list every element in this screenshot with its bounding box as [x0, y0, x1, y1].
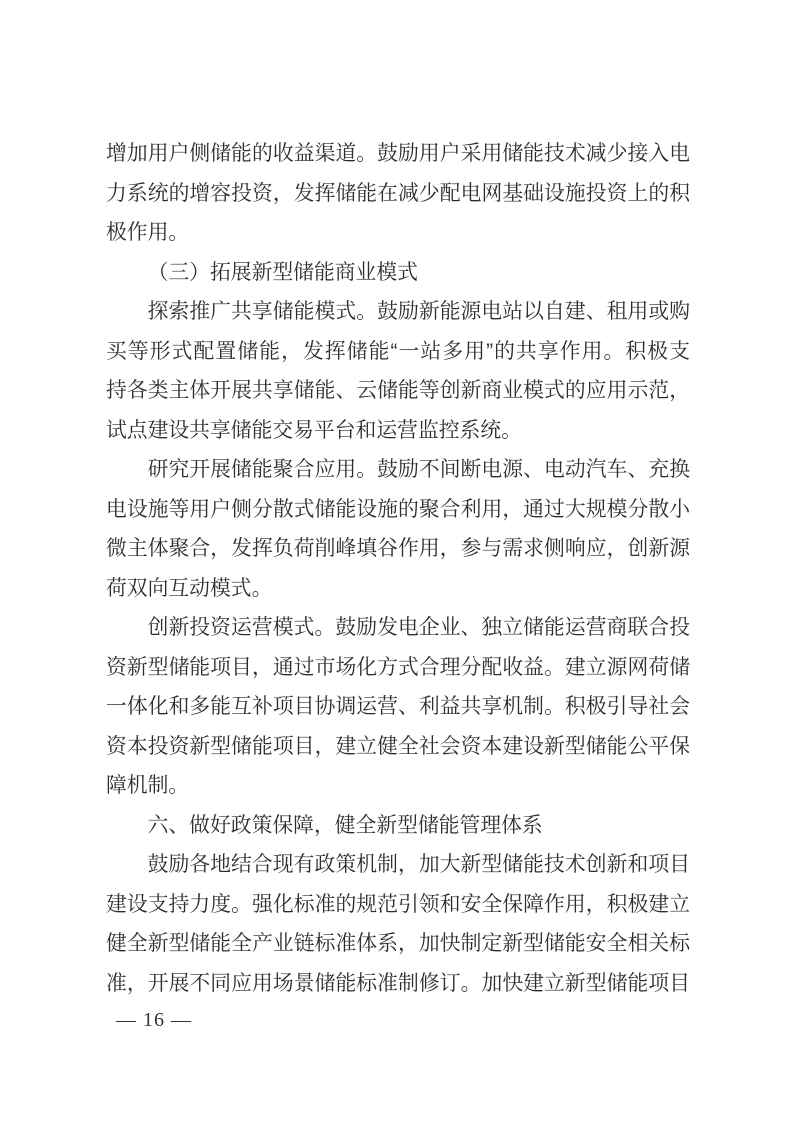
body-line: 障机制。: [106, 766, 690, 806]
body-line: 建设支持力度。强化标准的规范引领和安全保障作用，积极建立: [106, 885, 690, 925]
body-line: 力系统的增容投资，发挥储能在减少配电网基础设施投资上的积: [106, 174, 690, 214]
body-line: 研究开展储能聚合应用。鼓励不间断电源、电动汽车、充换: [106, 450, 690, 490]
body-line: 买等形式配置储能，发挥储能“一站多用”的共享作用。积极支: [106, 332, 690, 372]
body-line: 准，开展不同应用场景储能标准制修订。加快建立新型储能项目: [106, 964, 690, 1004]
body-line: 电设施等用户侧分散式储能设施的聚合利用，通过大规模分散小: [106, 490, 690, 530]
page-number: — 16 —: [116, 1007, 192, 1033]
body-line: 试点建设共享储能交易平台和运营监控系统。: [106, 411, 690, 451]
document-page: 增加用户侧储能的收益渠道。鼓励用户采用储能技术减少接入电 力系统的增容投资，发挥…: [0, 0, 800, 1131]
body-line: 持各类主体开展共享储能、云储能等创新商业模式的应用示范，: [106, 371, 690, 411]
body-line: 微主体聚合，发挥负荷削峰填谷作用，参与需求侧响应，创新源: [106, 529, 690, 569]
body-line: 探索推广共享储能模式。鼓励新能源电站以自建、租用或购: [106, 292, 690, 332]
body-line: 创新投资运营模式。鼓励发电企业、独立储能运营商联合投: [106, 608, 690, 648]
body-line: 资新型储能项目，通过市场化方式合理分配收益。建立源网荷储: [106, 648, 690, 688]
body-line: 健全新型储能全产业链标准体系，加快制定新型储能安全相关标: [106, 924, 690, 964]
body-line: 极作用。: [106, 213, 690, 253]
body-line: 增加用户侧储能的收益渠道。鼓励用户采用储能技术减少接入电: [106, 134, 690, 174]
document-body: 增加用户侧储能的收益渠道。鼓励用户采用储能技术减少接入电 力系统的增容投资，发挥…: [106, 134, 690, 1003]
section-heading-line: （三）拓展新型储能商业模式: [106, 253, 690, 293]
body-line: 荷双向互动模式。: [106, 569, 690, 609]
body-line: 一体化和多能互补项目协调运营、利益共享机制。积极引导社会: [106, 687, 690, 727]
section-heading-line: 六、做好政策保障，健全新型储能管理体系: [106, 806, 690, 846]
body-line: 鼓励各地结合现有政策机制，加大新型储能技术创新和项目: [106, 845, 690, 885]
body-line: 资本投资新型储能项目，建立健全社会资本建设新型储能公平保: [106, 727, 690, 767]
